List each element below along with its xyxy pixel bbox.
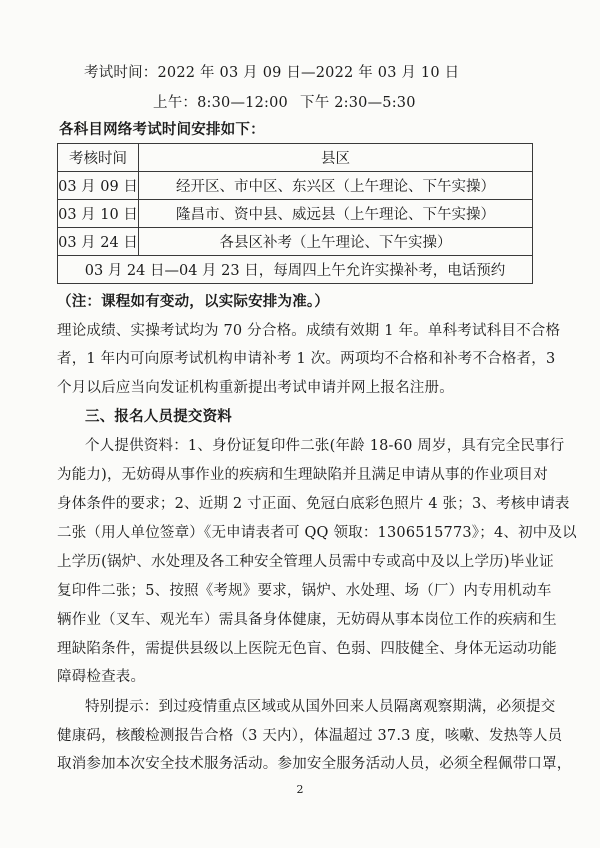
materials-line-3: 身体条件的要求；2、近期 2 寸正面、免冠白底彩色照片 4 张；3、考核申请表 bbox=[57, 494, 544, 514]
document-page: 考试时间：2022 年 03 月 09 日—2022 年 03 月 10 日 上… bbox=[0, 0, 600, 848]
exam-afternoon-time: 下午 2:30—5:30 bbox=[300, 93, 416, 113]
materials-line-2: 为能力)，无妨碍从事作业的疾病和生理缺陷并且满足申请从事的作业项目对 bbox=[57, 465, 544, 485]
exam-time-label: 考试时间： bbox=[84, 65, 158, 81]
table-footer-row: 03 月 24 日—04 月 23 日，每周四上午允许实操补考，电话预约 bbox=[58, 256, 533, 284]
table-header-row: 考核时间 县区 bbox=[58, 144, 533, 172]
row-date: 03 月 09 日 bbox=[58, 172, 139, 200]
notice-line-2: 健康码，核酸检测报告合格（3 天内），体温超过 37.3 度，咳嗽、发热等人员 bbox=[57, 726, 544, 746]
materials-line-7: 辆作业（叉车、观光车）需具备身体健康，无妨碍从事本岗位工作的疾病和生 bbox=[57, 610, 544, 630]
table-row: 03 月 24 日 各县区补考（上午理论、下午实操） bbox=[58, 228, 533, 256]
row-date: 03 月 10 日 bbox=[58, 200, 139, 228]
schedule-table: 考核时间 县区 03 月 09 日 经开区、市中区、东兴区（上午理论、下午实操）… bbox=[57, 143, 533, 284]
row-date: 03 月 24 日 bbox=[58, 228, 139, 256]
materials-line-8: 理缺陷条件，需提供县级以上医院无色盲、色弱、四肢健全、身体无运动功能 bbox=[57, 639, 544, 659]
exam-time-line: 考试时间：2022 年 03 月 09 日—2022 年 03 月 10 日 bbox=[84, 63, 459, 83]
page-number: 2 bbox=[0, 783, 600, 796]
passing-line-1: 理论成绩、实操考试均为 70 分合格。成绩有效期 1 年。单科考试科目不合格 bbox=[57, 321, 544, 341]
passing-line-2: 者，1 年内可向原考试机构申请补考 1 次。两项均不合格和补考不合格者，3 bbox=[57, 349, 544, 369]
table-row: 03 月 10 日 隆昌市、资中县、威远县（上午理论、下午实操） bbox=[58, 200, 533, 228]
notice-line-1: 特别提示：到过疫情重点区域或从国外回来人员隔离观察期满，必须提交 bbox=[85, 697, 544, 717]
section-three-title: 三、报名人员提交资料 bbox=[85, 407, 232, 427]
materials-line-1: 个人提供资料：1、身份证复印件二张(年龄 18-60 周岁，具有完全民事行 bbox=[85, 436, 544, 456]
materials-line-9: 障碍检查表。 bbox=[57, 667, 145, 687]
schedule-heading: 各科目网络考试时间安排如下： bbox=[59, 120, 265, 140]
row-districts: 各县区补考（上午理论、下午实操） bbox=[139, 228, 533, 256]
notice-line-3: 取消参加本次安全技术服务活动。参加安全服务活动人员，必须全程佩带口罩， bbox=[57, 754, 544, 774]
makeup-exam-note: 03 月 24 日—04 月 23 日，每周四上午允许实操补考，电话预约 bbox=[58, 256, 533, 284]
table-row: 03 月 09 日 经开区、市中区、东兴区（上午理论、下午实操） bbox=[58, 172, 533, 200]
header-district: 县区 bbox=[139, 144, 533, 172]
materials-line-4: 二张（用人单位签章）《无申请表者可 QQ 领取：1306515773》；4、初中… bbox=[57, 523, 544, 543]
schedule-change-note: （注：课程如有变动，以实际安排为准。） bbox=[57, 292, 329, 312]
passing-line-3: 个月以后应当向发证机构重新提出考试申请并网上报名注册。 bbox=[57, 378, 454, 398]
exam-morning-time: 上午：8:30—12:00 bbox=[153, 93, 288, 113]
materials-line-6: 复印件二张；5、按照《考规》要求，锅炉、水处理、场（厂）内专用机动车 bbox=[57, 581, 544, 601]
exam-time-range: 2022 年 03 月 09 日—2022 年 03 月 10 日 bbox=[158, 65, 460, 81]
header-exam-date: 考核时间 bbox=[58, 144, 139, 172]
row-districts: 隆昌市、资中县、威远县（上午理论、下午实操） bbox=[139, 200, 533, 228]
materials-line-5: 上学历(锅炉、水处理及各工种安全管理人员需中专或高中及以上学历)毕业证 bbox=[57, 552, 544, 572]
row-districts: 经开区、市中区、东兴区（上午理论、下午实操） bbox=[139, 172, 533, 200]
